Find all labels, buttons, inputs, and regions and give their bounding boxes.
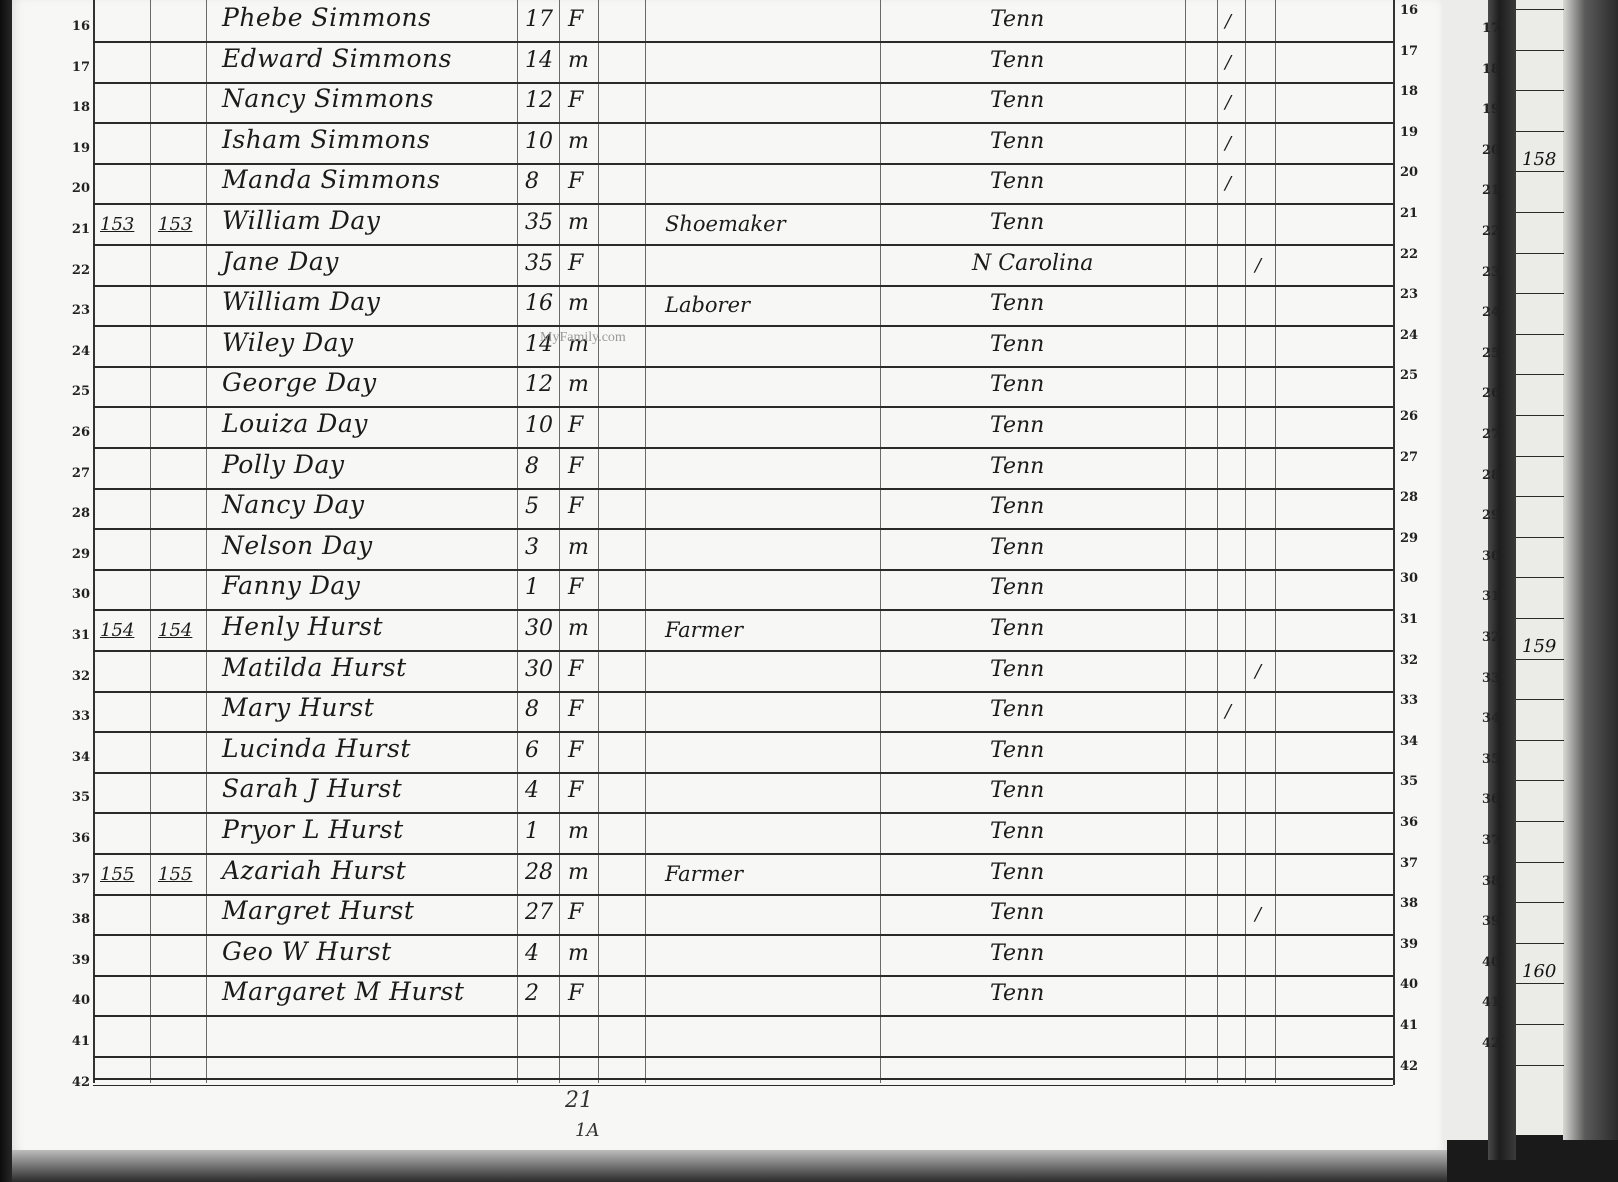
- adjacent-line-number: 30: [1482, 549, 1512, 564]
- adjacent-line-number: 17: [1482, 21, 1512, 36]
- person-name: Margaret M Hurst: [222, 977, 464, 1006]
- margin-line-number: 22: [1400, 247, 1430, 262]
- margin-line-number: 31: [1400, 612, 1430, 627]
- person-name: Mary Hurst: [222, 693, 374, 722]
- margin-line-number: 41: [1400, 1018, 1430, 1033]
- school-tick: /: [1225, 173, 1231, 194]
- family-number: 155: [158, 864, 192, 885]
- margin-line-number: 25: [1400, 368, 1430, 383]
- age: 8: [525, 454, 539, 479]
- adjacent-row-rule: [1516, 780, 1564, 781]
- age: 30: [525, 616, 553, 641]
- adjacent-line-number: 39: [1482, 914, 1512, 929]
- line-number: 38: [60, 912, 90, 927]
- adjacent-line-number: 31: [1482, 589, 1512, 604]
- sex: F: [568, 7, 583, 32]
- adjacent-row-rule: [1516, 90, 1564, 91]
- person-name: Phebe Simmons: [222, 3, 431, 32]
- adjacent-row-rule: [1516, 821, 1564, 822]
- age: 16: [525, 291, 553, 316]
- occupation: Farmer: [665, 862, 743, 886]
- sex: F: [568, 778, 583, 803]
- line-number: 37: [60, 872, 90, 887]
- table-bottom-rule: [93, 1078, 1393, 1080]
- school-tick: /: [1225, 133, 1231, 154]
- line-number: 30: [60, 587, 90, 602]
- person-name: Isham Simmons: [222, 125, 430, 154]
- birthplace: Tenn: [990, 697, 1044, 722]
- birthplace: Tenn: [990, 48, 1044, 73]
- adjacent-row-rule: [1516, 171, 1564, 172]
- dwelling-number: 154: [100, 620, 134, 641]
- line-number: 29: [60, 547, 90, 562]
- margin-line-number: 33: [1400, 693, 1430, 708]
- footer-annotation: 1A: [575, 1120, 599, 1141]
- sex: m: [568, 535, 589, 560]
- age: 6: [525, 738, 539, 763]
- sex: F: [568, 575, 583, 600]
- age: 3: [525, 535, 539, 560]
- birthplace: Tenn: [990, 575, 1044, 600]
- margin-line-number: 37: [1400, 856, 1430, 871]
- adjacent-row-rule: [1516, 618, 1564, 619]
- sex: m: [568, 941, 589, 966]
- person-name: Geo W Hurst: [222, 937, 392, 966]
- line-number: 17: [60, 60, 90, 75]
- margin-line-number: 24: [1400, 328, 1430, 343]
- adjacent-row-rule: [1516, 740, 1564, 741]
- age: 4: [525, 778, 539, 803]
- age: 8: [525, 169, 539, 194]
- birthplace: Tenn: [990, 7, 1044, 32]
- line-number: 42: [60, 1075, 90, 1090]
- age: 28: [525, 860, 553, 885]
- margin-line-number: 35: [1400, 774, 1430, 789]
- age: 12: [525, 372, 553, 397]
- person-name: Louiza Day: [222, 409, 368, 438]
- person-name: Edward Simmons: [222, 44, 452, 73]
- occupation: Laborer: [665, 293, 750, 317]
- line-number: 21: [60, 222, 90, 237]
- adjacent-line-number: 34: [1482, 711, 1512, 726]
- adjacent-line-number: 35: [1482, 752, 1512, 767]
- adjacent-line-number: 24: [1482, 305, 1512, 320]
- adjacent-line-number: 42: [1482, 1036, 1512, 1051]
- adjacent-row-rule: [1516, 9, 1564, 10]
- person-name: George Day: [222, 368, 377, 397]
- birthplace: Tenn: [990, 291, 1044, 316]
- age: 14: [525, 48, 553, 73]
- margin-line-number: 27: [1400, 450, 1430, 465]
- illiterate-tick: /: [1255, 255, 1261, 276]
- family-number: 153: [158, 214, 192, 235]
- adjacent-line-number: 38: [1482, 874, 1512, 889]
- birthplace: Tenn: [990, 535, 1044, 560]
- sex: F: [568, 981, 583, 1006]
- family-number: 154: [158, 620, 192, 641]
- person-name: Nancy Day: [222, 490, 365, 519]
- line-number: 35: [60, 790, 90, 805]
- birthplace: N Carolina: [972, 251, 1093, 276]
- margin-line-number: 18: [1400, 84, 1430, 99]
- adjacent-row-rule: [1516, 1065, 1564, 1066]
- adjacent-line-number: 37: [1482, 833, 1512, 848]
- census-table: 16Phebe Simmons17FTenn/17Edward Simmons1…: [0, 0, 1618, 1182]
- adjacent-row-rule: [1516, 253, 1564, 254]
- age: 10: [525, 413, 553, 438]
- adjacent-dwelling-number: 160: [1522, 961, 1556, 982]
- age: 1: [525, 819, 539, 844]
- person-name: Henly Hurst: [222, 612, 383, 641]
- birthplace: Tenn: [990, 981, 1044, 1006]
- sex: m: [568, 616, 589, 641]
- margin-line-number: 29: [1400, 531, 1430, 546]
- person-name: Matilda Hurst: [222, 653, 407, 682]
- birthplace: Tenn: [990, 738, 1044, 763]
- adjacent-line-number: 27: [1482, 427, 1512, 442]
- person-name: Pryor L Hurst: [222, 815, 404, 844]
- margin-line-number: 36: [1400, 815, 1430, 830]
- age: 12: [525, 88, 553, 113]
- sex: m: [568, 210, 589, 235]
- age: 1: [525, 575, 539, 600]
- margin-line-number: 26: [1400, 409, 1430, 424]
- sex: F: [568, 738, 583, 763]
- sex: m: [568, 291, 589, 316]
- adjacent-line-number: 26: [1482, 386, 1512, 401]
- sex: F: [568, 251, 583, 276]
- person-name: Polly Day: [222, 450, 345, 479]
- margin-line-number: 34: [1400, 734, 1430, 749]
- birthplace: Tenn: [990, 332, 1044, 357]
- adjacent-row-rule: [1516, 456, 1564, 457]
- margin-line-number: 28: [1400, 490, 1430, 505]
- age: 17: [525, 7, 553, 32]
- line-number: 25: [60, 384, 90, 399]
- margin-line-number: 30: [1400, 571, 1430, 586]
- sex: F: [568, 413, 583, 438]
- adjacent-line-number: 32: [1482, 630, 1512, 645]
- adjacent-row-rule: [1516, 537, 1564, 538]
- margin-line-number: 21: [1400, 206, 1430, 221]
- person-name: Manda Simmons: [222, 165, 440, 194]
- person-name: Jane Day: [222, 247, 339, 276]
- adjacent-line-number: 33: [1482, 671, 1512, 686]
- margin-line-number: 32: [1400, 653, 1430, 668]
- school-tick: /: [1225, 52, 1231, 73]
- row-rule: [93, 1056, 1393, 1058]
- birthplace: Tenn: [990, 900, 1044, 925]
- birthplace: Tenn: [990, 413, 1044, 438]
- adjacent-row-rule: [1516, 1024, 1564, 1025]
- adjacent-row-rule: [1516, 334, 1564, 335]
- sex: m: [568, 129, 589, 154]
- adjacent-row-rule: [1516, 699, 1564, 700]
- person-name: Margret Hurst: [222, 896, 414, 925]
- adjacent-dwelling-number: 158: [1522, 149, 1556, 170]
- adjacent-row-rule: [1516, 659, 1564, 660]
- adjacent-line-number: 21: [1482, 183, 1512, 198]
- birthplace: Tenn: [990, 210, 1044, 235]
- adjacent-row-rule: [1516, 50, 1564, 51]
- line-number: 40: [60, 993, 90, 1008]
- line-number: 31: [60, 628, 90, 643]
- adjacent-row-rule: [1516, 983, 1564, 984]
- person-name: William Day: [222, 206, 380, 235]
- line-number: 41: [60, 1034, 90, 1049]
- adjacent-line-number: 40: [1482, 955, 1512, 970]
- adjacent-row-rule: [1516, 415, 1564, 416]
- age: 27: [525, 900, 553, 925]
- line-number: 32: [60, 669, 90, 684]
- dwelling-number: 153: [100, 214, 134, 235]
- adjacent-line-number: 29: [1482, 508, 1512, 523]
- margin-line-number: 39: [1400, 937, 1430, 952]
- illiterate-tick: /: [1255, 661, 1261, 682]
- birthplace: Tenn: [990, 616, 1044, 641]
- adjacent-row-rule: [1516, 943, 1564, 944]
- line-number: 22: [60, 263, 90, 278]
- adjacent-row-rule: [1516, 293, 1564, 294]
- adjacent-row-rule: [1516, 577, 1564, 578]
- person-name: William Day: [222, 287, 380, 316]
- line-number: 18: [60, 100, 90, 115]
- adjacent-row-rule: [1516, 374, 1564, 375]
- line-number: 33: [60, 709, 90, 724]
- watermark: MyFamily.com: [540, 330, 626, 346]
- line-number: 20: [60, 181, 90, 196]
- age: 8: [525, 697, 539, 722]
- margin-line-number: 23: [1400, 287, 1430, 302]
- line-number: 28: [60, 506, 90, 521]
- sex: F: [568, 657, 583, 682]
- age: 30: [525, 657, 553, 682]
- line-number: 39: [60, 953, 90, 968]
- adjacent-line-number: 22: [1482, 224, 1512, 239]
- birthplace: Tenn: [990, 941, 1044, 966]
- school-tick: /: [1225, 701, 1231, 722]
- adjacent-line-number: 36: [1482, 792, 1512, 807]
- line-number: 23: [60, 303, 90, 318]
- margin-line-number: 16: [1400, 3, 1430, 18]
- line-number: 24: [60, 344, 90, 359]
- line-number: 36: [60, 831, 90, 846]
- sex: F: [568, 454, 583, 479]
- adjacent-row-rule: [1516, 212, 1564, 213]
- adjacent-line-number: 41: [1482, 995, 1512, 1010]
- person-name: Sarah J Hurst: [222, 774, 402, 803]
- person-name: Nelson Day: [222, 531, 373, 560]
- birthplace: Tenn: [990, 860, 1044, 885]
- age: 10: [525, 129, 553, 154]
- person-name: Nancy Simmons: [222, 84, 434, 113]
- table-right-border: [1393, 0, 1395, 1085]
- birthplace: Tenn: [990, 657, 1044, 682]
- occupation: Shoemaker: [665, 212, 786, 236]
- birthplace: Tenn: [990, 778, 1044, 803]
- line-number: 34: [60, 750, 90, 765]
- birthplace: Tenn: [990, 169, 1044, 194]
- adjacent-line-number: 20: [1482, 143, 1512, 158]
- person-name: Lucinda Hurst: [222, 734, 411, 763]
- person-name: Azariah Hurst: [222, 856, 406, 885]
- age: 35: [525, 210, 553, 235]
- sex: F: [568, 900, 583, 925]
- school-tick: /: [1225, 92, 1231, 113]
- birthplace: Tenn: [990, 88, 1044, 113]
- sex: F: [568, 88, 583, 113]
- occupation: Farmer: [665, 618, 743, 642]
- margin-line-number: 38: [1400, 896, 1430, 911]
- adjacent-row-rule: [1516, 496, 1564, 497]
- adjacent-line-number: 18: [1482, 62, 1512, 77]
- sex: m: [568, 48, 589, 73]
- age: 35: [525, 251, 553, 276]
- age: 2: [525, 981, 539, 1006]
- school-tick: /: [1225, 11, 1231, 32]
- illiterate-tick: /: [1255, 904, 1261, 925]
- sex: F: [568, 494, 583, 519]
- sex: m: [568, 372, 589, 397]
- margin-line-number: 42: [1400, 1059, 1430, 1074]
- sex: m: [568, 860, 589, 885]
- dwelling-number: 155: [100, 864, 134, 885]
- age: 4: [525, 941, 539, 966]
- adjacent-line-number: 28: [1482, 468, 1512, 483]
- line-number: 27: [60, 466, 90, 481]
- adjacent-dwelling-number: 159: [1522, 636, 1556, 657]
- margin-line-number: 20: [1400, 165, 1430, 180]
- row-rule: [93, 1015, 1393, 1017]
- birthplace: Tenn: [990, 819, 1044, 844]
- birthplace: Tenn: [990, 129, 1044, 154]
- adjacent-row-rule: [1516, 862, 1564, 863]
- line-number: 19: [60, 141, 90, 156]
- margin-line-number: 19: [1400, 125, 1430, 140]
- birthplace: Tenn: [990, 372, 1044, 397]
- adjacent-row-rule: [1516, 902, 1564, 903]
- sex: m: [568, 819, 589, 844]
- adjacent-line-number: 25: [1482, 346, 1512, 361]
- margin-line-number: 40: [1400, 977, 1430, 992]
- margin-line-number: 17: [1400, 44, 1430, 59]
- birthplace: Tenn: [990, 494, 1044, 519]
- age: 5: [525, 494, 539, 519]
- table-bottom-rule-2: [93, 1085, 1393, 1086]
- footer-page-number: 21: [565, 1088, 593, 1113]
- person-name: Wiley Day: [222, 328, 354, 357]
- adjacent-line-number: 23: [1482, 265, 1512, 280]
- sex: F: [568, 169, 583, 194]
- line-number: 16: [60, 19, 90, 34]
- adjacent-row-rule: [1516, 131, 1564, 132]
- adjacent-line-number: 19: [1482, 102, 1512, 117]
- person-name: Fanny Day: [222, 571, 360, 600]
- sex: F: [568, 697, 583, 722]
- birthplace: Tenn: [990, 454, 1044, 479]
- line-number: 26: [60, 425, 90, 440]
